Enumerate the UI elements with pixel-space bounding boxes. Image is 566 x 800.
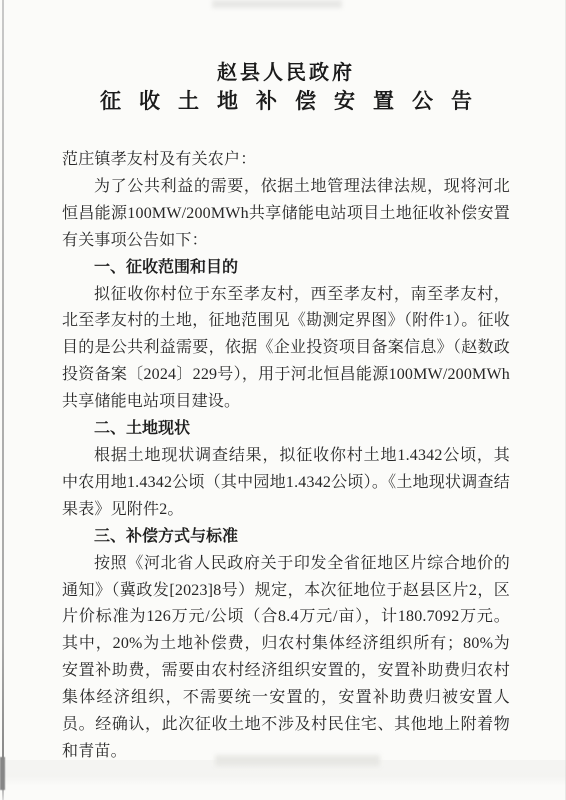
scanned-document-page: 赵县人民政府 征收土地补偿安置公告 范庄镇孝友村及有关农户： 为了公共利益的需要… <box>0 0 566 800</box>
document-content: 赵县人民政府 征收土地补偿安置公告 范庄镇孝友村及有关农户： 为了公共利益的需要… <box>62 60 510 766</box>
scan-left-edge-artifact <box>2 0 4 800</box>
section-1-body: 拟征收你村位于东至孝友村，西至孝友村，南至孝友村，北至孝友村的土地，征地范围见《… <box>62 282 510 417</box>
salutation: 范庄镇孝友村及有关农户： <box>62 147 510 174</box>
scan-corner-mark-artifact <box>0 757 5 790</box>
section-3-heading: 三、补偿方式与标准 <box>62 524 510 551</box>
section-1-heading: 一、征收范围和目的 <box>62 255 510 282</box>
scan-top-smudge-artifact <box>212 0 342 8</box>
document-title-subject: 征收土地补偿安置公告 <box>62 86 510 116</box>
section-2-heading: 二、土地现状 <box>62 416 510 443</box>
document-title-issuer: 赵县人民政府 <box>62 60 510 86</box>
section-3-body: 按照《河北省人民政府关于印发全省征地区片综合地价的通知》（冀政发[2023]8号… <box>62 551 510 766</box>
intro-paragraph: 为了公共利益的需要，依据土地管理法律法规，现将河北恒昌能源100MW/200MW… <box>62 174 510 255</box>
section-2-body: 根据土地现状调查结果，拟征收你村土地1.4342公顷，其中农用地1.4342公顷… <box>62 443 510 524</box>
